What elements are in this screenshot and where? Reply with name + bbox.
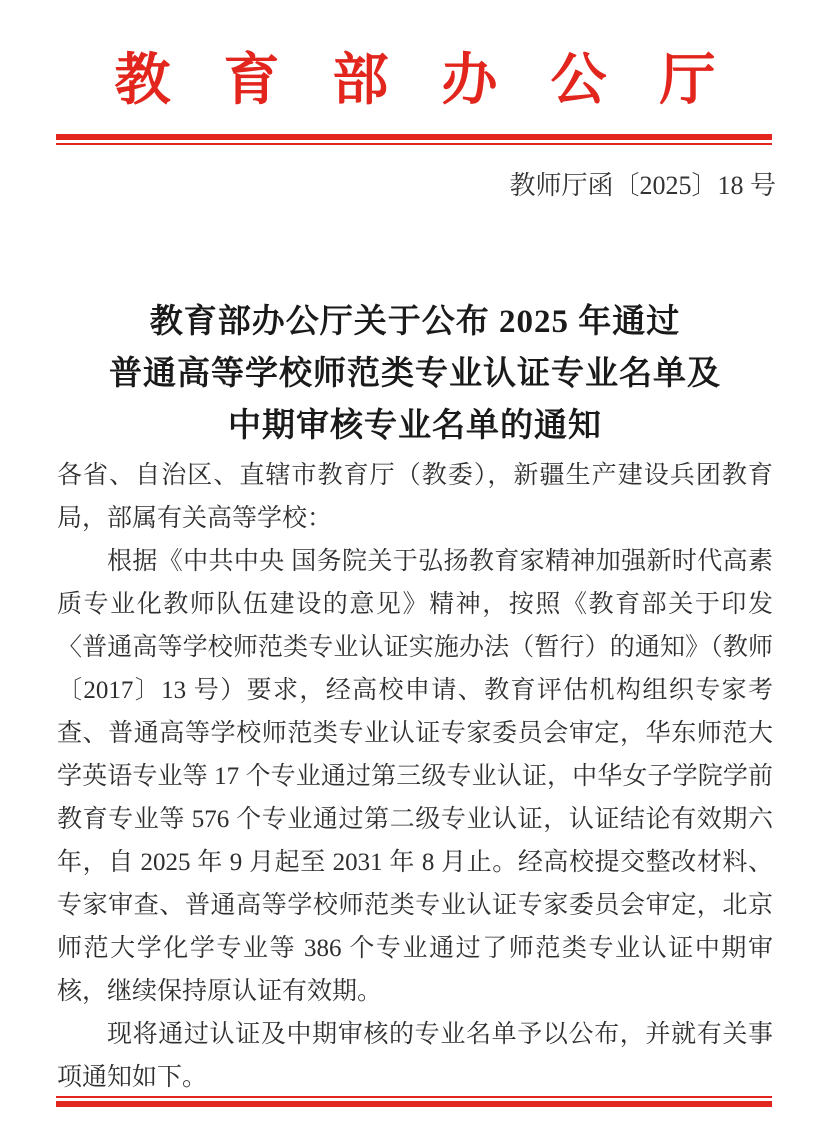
paragraph-closing: 现将通过认证及中期审核的专业名单予以公布，并就有关事项通知如下。 — [57, 1013, 773, 1099]
document-title: 教育部办公厅关于公布 2025 年通过 普通高等学校师范类专业认证专业名单及 中… — [0, 296, 830, 452]
document-title-line-1: 教育部办公厅关于公布 2025 年通过 — [0, 296, 830, 348]
document-title-line-2: 普通高等学校师范类专业认证专业名单及 — [0, 348, 830, 400]
document-body: 各省、自治区、直辖市教育厅（教委），新疆生产建设兵团教育局，部属有关高等学校： … — [57, 454, 773, 1099]
divider-thick-rule — [56, 1101, 772, 1107]
divider-thin-rule — [56, 1096, 772, 1098]
salutation: 各省、自治区、直辖市教育厅（教委），新疆生产建设兵团教育局，部属有关高等学校： — [57, 454, 773, 540]
footer-divider — [56, 1096, 772, 1107]
document-title-line-3: 中期审核专业名单的通知 — [0, 400, 830, 452]
paragraph-main: 根据《中共中央 国务院关于弘扬教育家精神加强新时代高素质专业化教师队伍建设的意见… — [57, 540, 773, 1013]
divider-thick-rule — [56, 134, 772, 140]
agency-name: 教育部办公厅 — [0, 50, 830, 112]
document-number: 教师厅函〔2025〕18 号 — [0, 171, 776, 201]
letterhead-divider — [56, 134, 772, 145]
document-page: 教育部办公厅 教师厅函〔2025〕18 号 教育部办公厅关于公布 2025 年通… — [0, 0, 830, 1141]
divider-thin-rule — [56, 143, 772, 145]
